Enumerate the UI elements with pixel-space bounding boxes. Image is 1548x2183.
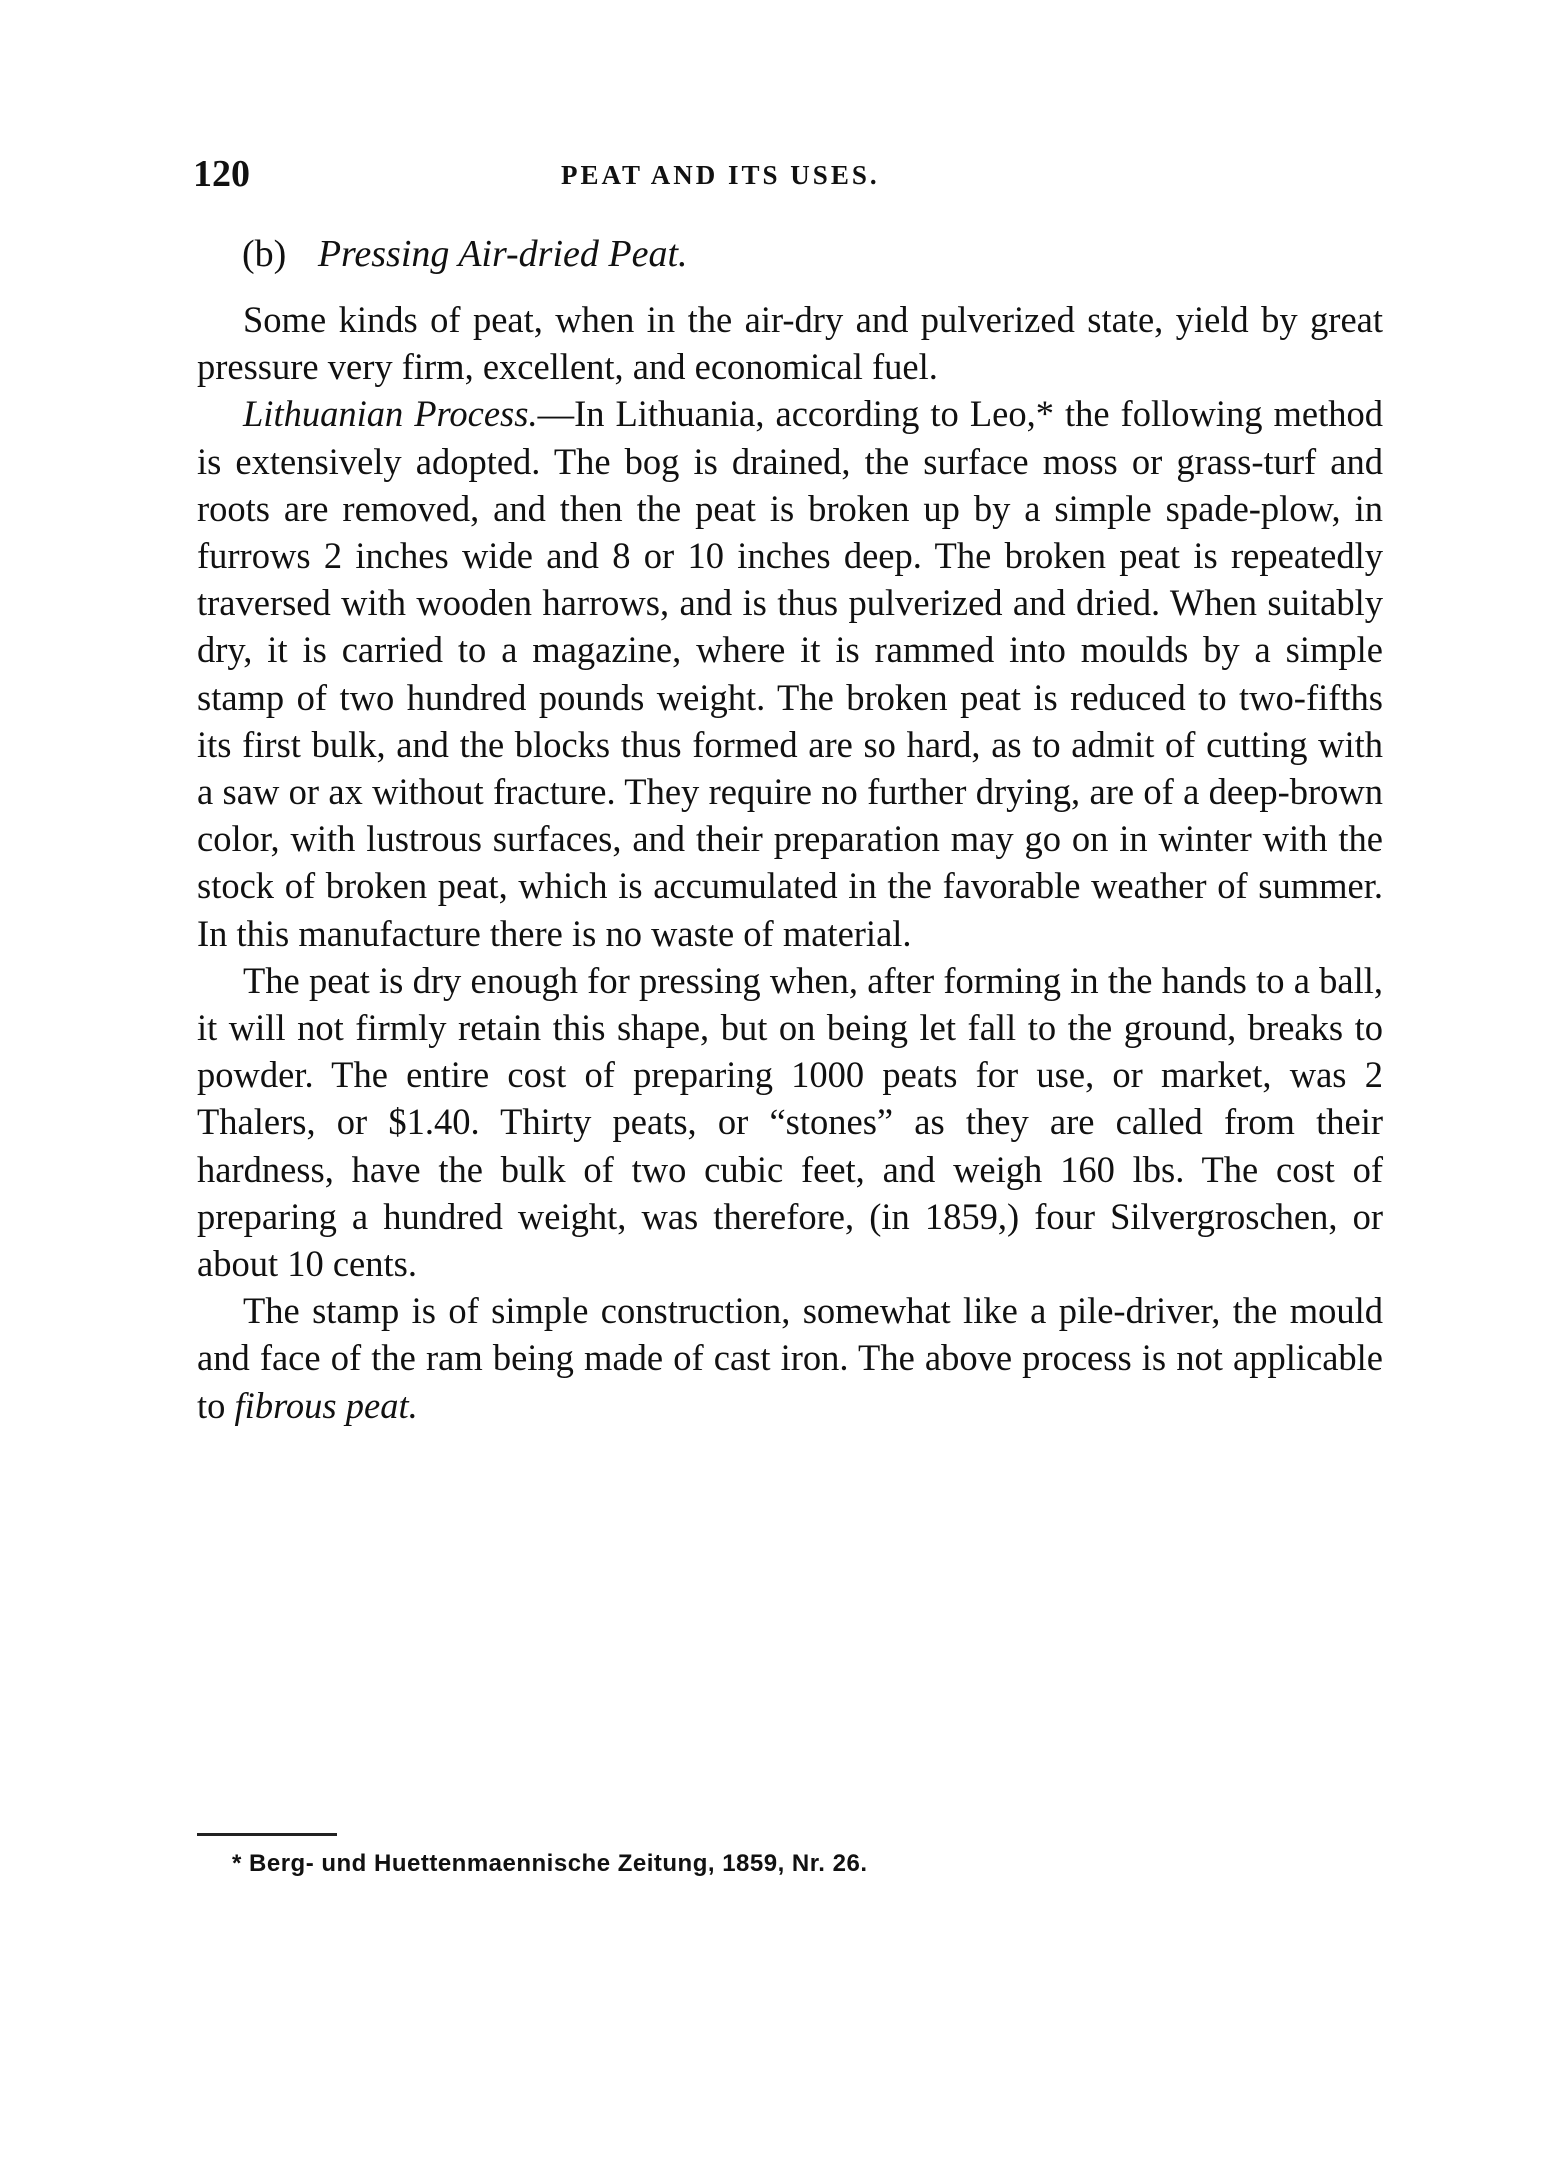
- paragraph-text: —In Lithuania, according to Leo,* the fo…: [197, 393, 1383, 953]
- emphasis-fibrous-peat: fibrous peat.: [235, 1385, 418, 1426]
- page-number: 120: [193, 152, 250, 196]
- paragraph-stamp: The stamp is of simple construction, som…: [197, 1287, 1383, 1429]
- book-page: 120 PEAT AND ITS USES. (b) Pressing Air-…: [0, 0, 1548, 2183]
- section-heading: (b) Pressing Air-dried Peat.: [242, 232, 688, 276]
- running-title: PEAT AND ITS USES.: [561, 160, 880, 191]
- paragraph-text: Some kinds of peat, when in the air-dry …: [197, 299, 1383, 387]
- running-head: 120 PEAT AND ITS USES.: [193, 152, 1383, 202]
- body-text: Some kinds of peat, when in the air-dry …: [197, 296, 1383, 1429]
- section-title: Pressing Air-dried Peat.: [318, 233, 688, 275]
- paragraph-drying-cost: The peat is dry enough for pressing when…: [197, 957, 1383, 1287]
- run-in-heading: Lithuanian Process.: [243, 393, 538, 434]
- footnote: * Berg- und Huettenmaennische Zeitung, 1…: [232, 1850, 867, 1878]
- paragraph-text: The peat is dry enough for pressing when…: [197, 960, 1383, 1284]
- footnote-divider: [197, 1833, 337, 1836]
- section-label: (b): [242, 233, 286, 275]
- paragraph-lithuanian-process: Lithuanian Process.—In Lithuania, accord…: [197, 390, 1383, 956]
- paragraph-intro: Some kinds of peat, when in the air-dry …: [197, 296, 1383, 390]
